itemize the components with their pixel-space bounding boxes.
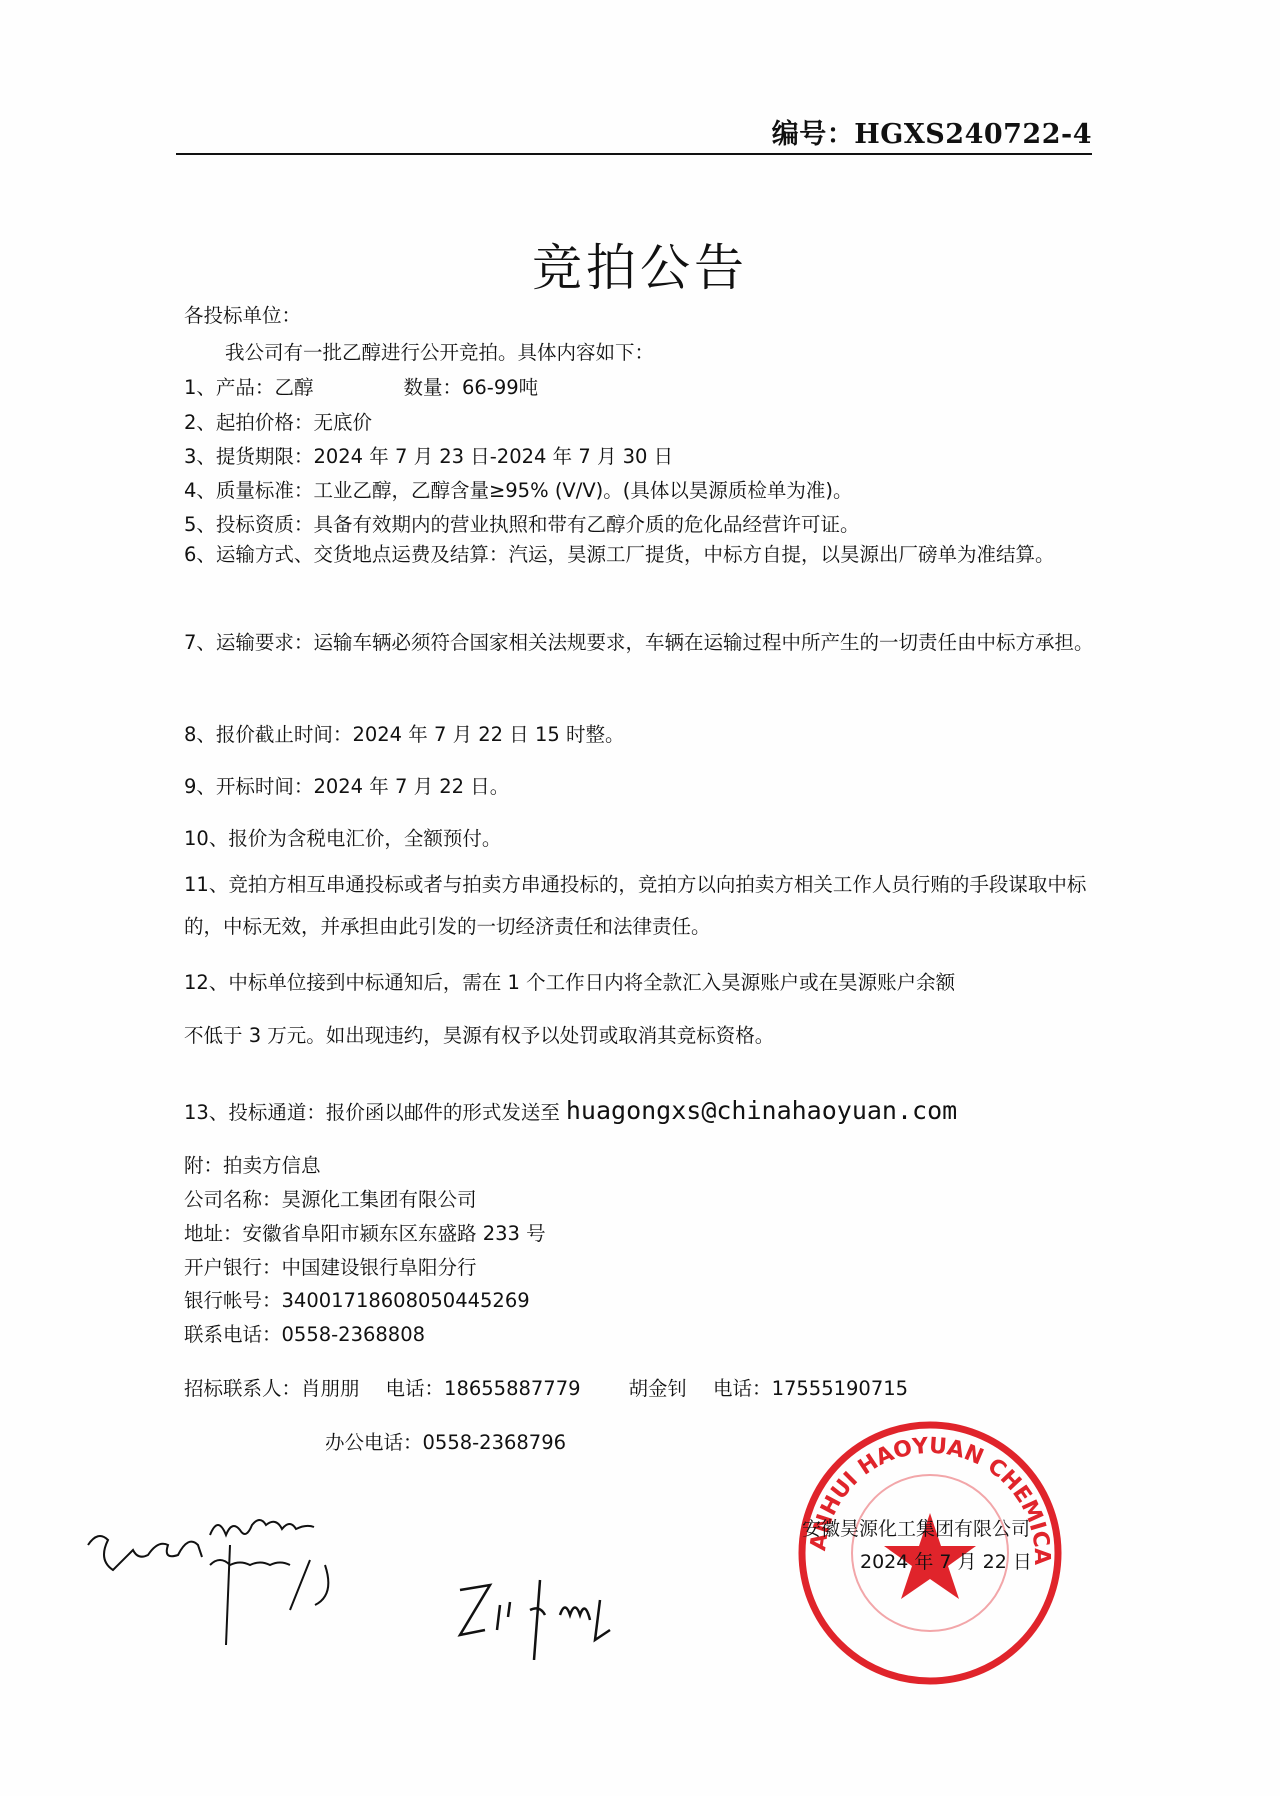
item-11: 11、竞拍方相互串通投标或者与拍卖方串通投标的，竞拍方以向拍卖方相关工作人员行贿… [184,864,1094,948]
handwritten-signature-icon [450,1570,660,1660]
item-10: 10、报价为含税电汇价，全额预付。 [184,823,501,851]
item-9: 9、开标时间：2024 年 7 月 22 日。 [184,771,509,799]
document-page: 编号：HGXS240722-4 竞拍公告 各投标单位： 我公司有一批乙醇进行公开… [0,0,1280,1796]
seller-address: 地址：安徽省阜阳市颍东区东盛路 233 号 [184,1218,546,1246]
item-5: 5、投标资质：具备有效期内的营业执照和带有乙醇介质的危化品经营许可证。 [184,509,859,537]
seller-account: 银行帐号：340017186080504452​69 [184,1285,530,1313]
item-8: 8、报价截止时间：2024 年 7 月 22 日 15 时整。 [184,719,625,747]
office-phone: 办公电话：0558-2368796 [325,1427,566,1455]
seller-phone: 联系电话：0558-2368808 [184,1319,425,1347]
seller-bank: 开户银行：中国建设银行阜阳分行 [184,1252,477,1280]
item-12-cont: 不低于 3 万元。如出现违约，昊源有权予以处罚或取消其竞标资格。 [184,1020,774,1048]
item-7: 7、运输要求：运输车辆必须符合国家相关法规要求，车辆在运输过程中所产生的一切责任… [184,622,1094,664]
seller-heading: 附：拍卖方信息 [184,1150,321,1178]
email-link[interactable]: huagongxs@chinahaoyuan.com [566,1096,957,1125]
salutation: 各投标单位： [184,300,301,328]
item-4: 4、质量标准：工业乙醇，乙醇含量≥95% (V/V)。(具体以昊源质检单为准)。 [184,475,853,503]
intro: 我公司有一批乙醇进行公开竞拍。具体内容如下： [225,337,654,365]
item-2: 2、起拍价格：无底价 [184,407,372,435]
item-13: 13、投标通道：报价函以邮件的形式发送至huagongxs@chinahaoyu… [184,1096,957,1125]
item-6: 6、运输方式、交货地点运费及结算：汽运，昊源工厂提货，中标方自提，以昊源出厂磅单… [184,535,1094,575]
item-1: 1、产品：乙醇数量：66-99吨 [184,372,538,400]
seller-company: 公司名称：昊源化工集团有限公司 [184,1184,477,1212]
page-title: 竞拍公告 [0,228,1280,300]
signoff-date: 2024 年 7 月 22 日 [860,1547,1032,1574]
signoff-company: 安徽昊源化工集团有限公司 [802,1514,1030,1541]
header-rule [176,153,1092,155]
contacts-row: 招标联系人：肖朋朋电话：18655887779胡金钊电话：17555190715 [184,1373,908,1401]
item-3: 3、提货期限：2024 年 7 月 23 日-2024 年 7 月 30 日 [184,441,673,469]
handwritten-note-icon [80,1505,390,1645]
document-number: 编号：HGXS240722-4 [772,112,1092,151]
item-12: 12、中标单位接到中标通知后，需在 1 个工作日内将全款汇入昊源账户或在昊源账户… [184,967,955,995]
